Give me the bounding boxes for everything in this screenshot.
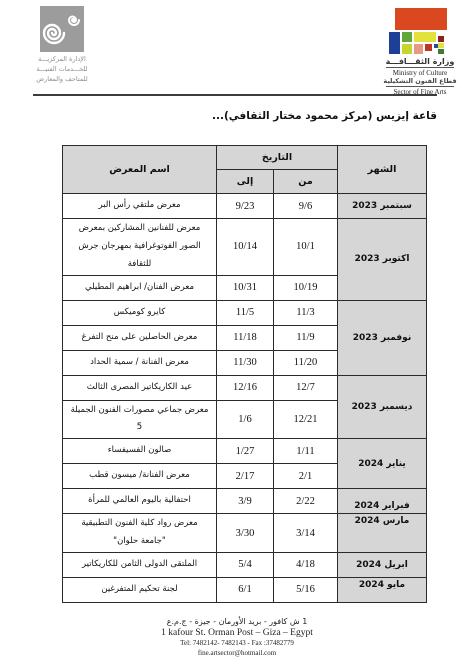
- footer-email: fine.artsector@hotmail.com: [0, 649, 474, 658]
- exhibition-name-column-header: اسم المعرض: [63, 146, 217, 194]
- mosaic-tile: [402, 44, 412, 54]
- date-from-cell: 10/19: [274, 275, 338, 300]
- date-to-cell: 9/23: [217, 194, 274, 219]
- exhibition-name-cell: معرض الحاصلين على منح التفرغ: [63, 325, 217, 350]
- divider: [386, 67, 454, 68]
- mosaic-tile: [395, 8, 447, 30]
- exhibition-name-cell: معرض الفنان/ ابراهيم المطيلي: [63, 275, 217, 300]
- ministry-english-title: Ministry of Culture: [378, 69, 462, 77]
- date-from-cell: 12/7: [274, 375, 338, 400]
- exhibition-name-cell: كايرو كوميكس: [63, 300, 217, 325]
- date-to-cell: 5/4: [217, 552, 274, 577]
- central-admin-line-1: الإدارة المركزيـــة: [30, 54, 94, 64]
- month-cell: مايو 2024: [338, 577, 427, 602]
- table-row: سبتمبر 20239/69/23معرض ملتقي رأس البر: [63, 194, 427, 219]
- table-row: فبراير 20242/223/9احتفالية باليوم العالم…: [63, 489, 427, 514]
- date-to-cell: 10/31: [217, 275, 274, 300]
- month-cell: نوفمبر 2023: [338, 300, 427, 375]
- spiral-logo-icon: [40, 6, 84, 52]
- table-row: يناير 20241/111/27صالون الفسيفساء: [63, 439, 427, 464]
- date-from-cell: 2/1: [274, 464, 338, 489]
- date-from-cell: 11/9: [274, 325, 338, 350]
- date-from-cell: 9/6: [274, 194, 338, 219]
- exhibition-name-cell: معرض رواد كلية الفنون التطبيقية "جامعة ح…: [63, 514, 217, 553]
- date-to-cell: 1/6: [217, 400, 274, 439]
- table-header-row: الشهر التاريخ اسم المعرض: [63, 146, 427, 170]
- date-column-header: التاريخ: [217, 146, 338, 170]
- table-row: ابريل 20244/185/4الملتقى الدولى الثامن ل…: [63, 552, 427, 577]
- mosaic-tile: [438, 43, 444, 48]
- ministry-arabic-title: وزارة الثقـــافـــة: [378, 57, 462, 66]
- footer-address-english: 1 kafour St. Orman Post – Giza – Egypt: [0, 628, 474, 639]
- mosaic-tile: [414, 32, 436, 42]
- mosaic-tile: [438, 49, 444, 54]
- date-to-cell: 11/30: [217, 350, 274, 375]
- table-row: مارس 20243/143/30معرض رواد كلية الفنون ا…: [63, 514, 427, 553]
- table-row: نوفمبر 202311/311/5كايرو كوميكس: [63, 300, 427, 325]
- date-to-cell: 11/5: [217, 300, 274, 325]
- exhibition-name-cell: لجنة تحكيم المتفرغين: [63, 577, 217, 602]
- mosaic-tile: [438, 36, 444, 42]
- month-cell: ابريل 2024: [338, 552, 427, 577]
- mosaic-tile: [414, 44, 423, 54]
- header-divider-line: [33, 94, 437, 96]
- exhibition-name-cell: معرض للفنانين المشاركين بمعرض الصور الفو…: [63, 219, 217, 276]
- date-to-cell: 2/17: [217, 464, 274, 489]
- month-cell: يناير 2024: [338, 439, 427, 489]
- date-to-cell: 3/30: [217, 514, 274, 553]
- date-to-cell: 12/16: [217, 375, 274, 400]
- date-from-cell: 2/22: [274, 489, 338, 514]
- date-to-cell: 3/9: [217, 489, 274, 514]
- date-from-cell: 1/11: [274, 439, 338, 464]
- divider: [386, 86, 454, 87]
- central-admin-line-2: للخـــدمات الفنيـــة: [30, 64, 94, 74]
- date-to-cell: 11/18: [217, 325, 274, 350]
- month-column-header: الشهر: [338, 146, 427, 194]
- date-from-cell: 4/18: [274, 552, 338, 577]
- ministry-of-culture-logo: وزارة الثقـــافـــة Ministry of Culture …: [378, 8, 462, 96]
- date-from-cell: 11/3: [274, 300, 338, 325]
- exhibition-name-cell: عيد الكاريكاتير المصرى الثالث: [63, 375, 217, 400]
- footer-phone: Tel: 7482142- 7482143 - Fax :37482779: [0, 639, 474, 648]
- exhibition-name-cell: معرض الفنانة/ ميسون قطب: [63, 464, 217, 489]
- table-row: مايو 20245/166/1لجنة تحكيم المتفرغين: [63, 577, 427, 602]
- exhibition-name-cell: معرض جماعي مصورات الفنون الجميلة 5: [63, 400, 217, 439]
- mosaic-tile: [389, 32, 400, 54]
- date-to-cell: 6/1: [217, 577, 274, 602]
- exhibition-name-cell: الملتقى الدولى الثامن للكاريكاتير: [63, 552, 217, 577]
- date-from-cell: 12/21: [274, 400, 338, 439]
- from-column-header: من: [274, 170, 338, 194]
- sector-arabic-title: قطاع الفنون التشكيلية: [378, 77, 462, 85]
- mosaic-tile: [425, 44, 432, 51]
- month-cell: سبتمبر 2023: [338, 194, 427, 219]
- date-from-cell: 10/1: [274, 219, 338, 276]
- footer-address-arabic: 1 ش كافور - بريد الأورمان - جيزة - ج.م.ع: [0, 617, 474, 627]
- date-from-cell: 3/14: [274, 514, 338, 553]
- month-cell: اكتوبر 2023: [338, 219, 427, 301]
- month-cell: فبراير 2024: [338, 489, 427, 514]
- month-cell: مارس 2024: [338, 514, 427, 553]
- date-to-cell: 10/14: [217, 219, 274, 276]
- exhibition-name-cell: صالون الفسيفساء: [63, 439, 217, 464]
- schedule-table: الشهر التاريخ اسم المعرض من إلى سبتمبر 2…: [62, 145, 427, 603]
- exhibition-name-cell: معرض الفنانة / سمية الحداد: [63, 350, 217, 375]
- month-cell: ديسمبر 2023: [338, 375, 427, 439]
- document-page: الإدارة المركزيـــة للخـــدمات الفنيـــة…: [0, 0, 474, 666]
- page-title: قاعة إيزيس (مركز محمود مختار الثقافي)...: [212, 110, 437, 122]
- exhibition-name-cell: معرض ملتقي رأس البر: [63, 194, 217, 219]
- date-to-cell: 1/27: [217, 439, 274, 464]
- table-row: ديسمبر 202312/712/16عيد الكاريكاتير المص…: [63, 375, 427, 400]
- table-row: اكتوبر 202310/110/14معرض للفنانين المشار…: [63, 219, 427, 276]
- central-admin-line-3: للمتاحف والمعارض: [30, 74, 94, 84]
- central-admin-logo: الإدارة المركزيـــة للخـــدمات الفنيـــة…: [30, 6, 94, 84]
- mosaic-tile: [402, 32, 412, 42]
- ministry-mosaic-icon: [389, 8, 451, 54]
- date-from-cell: 11/20: [274, 350, 338, 375]
- schedule-body: سبتمبر 20239/69/23معرض ملتقي رأس البراكت…: [63, 194, 427, 603]
- footer: 1 ش كافور - بريد الأورمان - جيزة - ج.م.ع…: [0, 617, 474, 658]
- schedule-table-container: الشهر التاريخ اسم المعرض من إلى سبتمبر 2…: [62, 145, 426, 603]
- date-from-cell: 5/16: [274, 577, 338, 602]
- to-column-header: إلى: [217, 170, 274, 194]
- exhibition-name-cell: احتفالية باليوم العالمي للمرأة: [63, 489, 217, 514]
